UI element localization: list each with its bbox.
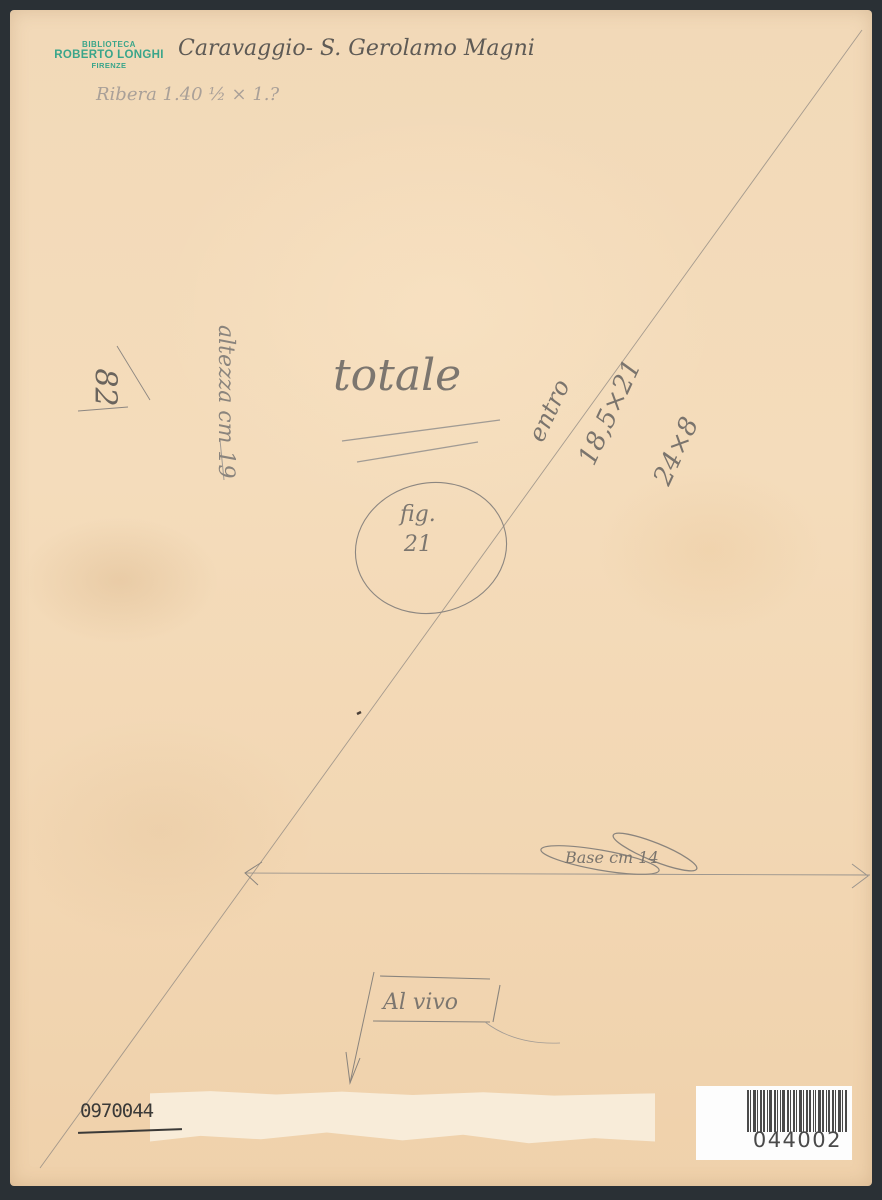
handwritten-al-vivo: Al vivo: [383, 990, 458, 1015]
fig-label: fig.: [400, 500, 436, 530]
handwritten-title: Caravaggio- S. Gerolamo Magni: [178, 36, 535, 61]
handwritten-height-note: altezza cm 19: [213, 325, 238, 478]
barcode-icon: [747, 1090, 855, 1132]
handwritten-totale: totale: [333, 350, 461, 401]
inventory-number: 0970044: [80, 1100, 153, 1122]
library-stamp: BIBLIOTECA ROBERTO LONGHI FIRENZE: [44, 40, 174, 71]
handwritten-ribera-note: Ribera 1.40 ½ × 1.?: [96, 84, 279, 105]
figure-reference: fig. 21: [400, 500, 436, 559]
handwritten-base-note: Base cm 14: [565, 848, 659, 867]
fig-number: 21: [400, 530, 436, 560]
barcode-number: 044002: [722, 1128, 842, 1152]
stamp-line-1: BIBLIOTECA: [44, 40, 174, 49]
stamp-line-3: FIRENZE: [44, 62, 174, 71]
handwritten-number-82: 82: [88, 368, 123, 406]
